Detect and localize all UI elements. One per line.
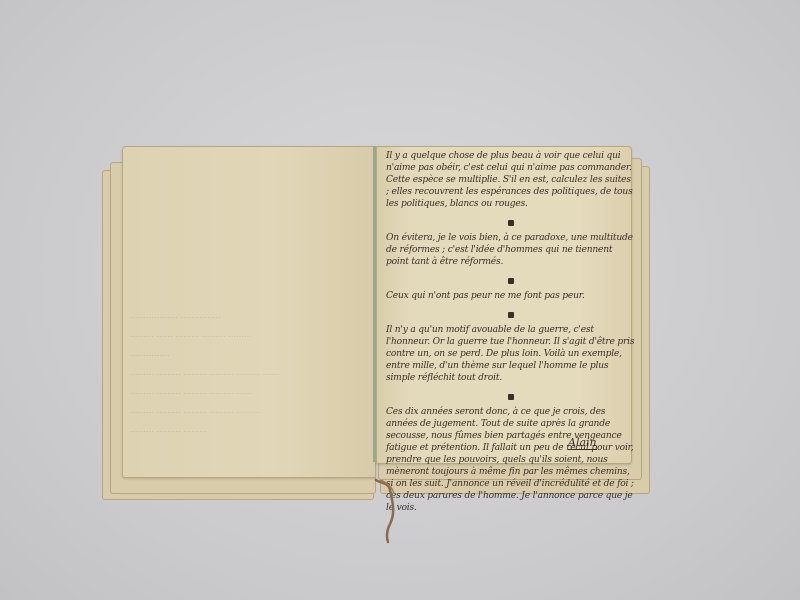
paragraph: Ceux qui n'ont pas peur ne me font pas p… [386, 290, 636, 302]
ghost-line: …………… [130, 348, 360, 359]
ghost-line: ……… …… ……… ……… ……… [130, 329, 360, 340]
ghost-line: ……… ……… ……… [130, 424, 360, 435]
bookmark-ribbon-icon [374, 478, 414, 548]
paragraph: Il y a quelque chose de plus beau à voir… [386, 150, 636, 210]
ghost-line: ……… ……… ……… ……… …… [130, 386, 360, 397]
paragraph: On évitera, je le vois bien, à ce parado… [386, 232, 636, 268]
ghost-line: ……………… …………… [130, 310, 360, 321]
section-mark-icon [508, 312, 514, 318]
paragraph: Il n'y a qu'un motif avouable de la guer… [386, 324, 636, 384]
left-page-show-through-text: ……………… …………… ……… …… ……… ……… ……… …………… ……… [130, 310, 360, 443]
ghost-line: ……… ……… ……… ……… ……… [130, 405, 360, 416]
section-mark-icon [508, 220, 514, 226]
notebook-spine [373, 146, 376, 462]
signature: Alain [568, 436, 597, 450]
section-mark-icon [508, 278, 514, 284]
handwritten-text: Il y a quelque chose de plus beau à voir… [386, 150, 636, 524]
paragraph: Ces dix années seront donc, à ce que je … [386, 406, 636, 514]
section-mark-icon [508, 394, 514, 400]
ghost-line: ……… ……… ……… ……… ……… …… [130, 367, 360, 378]
